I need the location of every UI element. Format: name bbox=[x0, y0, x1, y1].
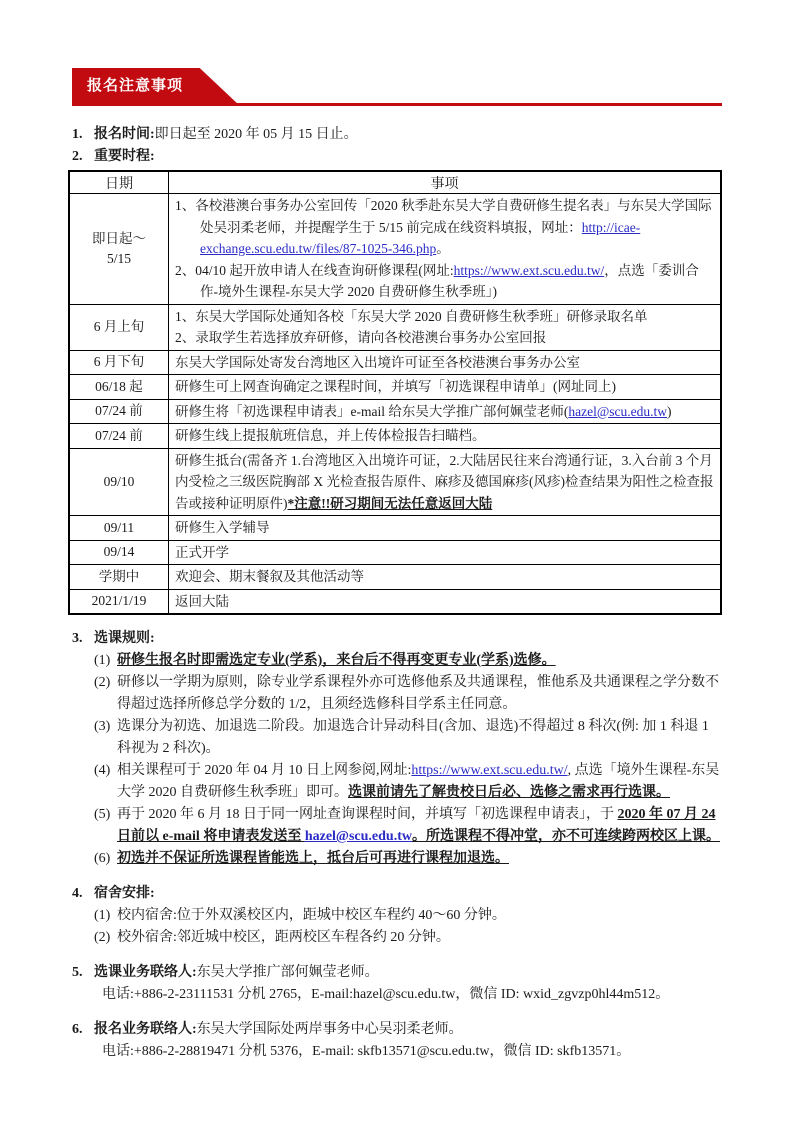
sub-item: (1)校内宿舍:位于外双溪校区内，距城中校区车程约 40～60 分钟。 bbox=[94, 905, 722, 927]
schedule-row: 07/24 前研修生线上提报航班信息，并上传体检报告扫瞄档。 bbox=[69, 424, 721, 449]
text-segment: 正式开学 bbox=[175, 545, 229, 560]
item-label: 宿舍安排: bbox=[94, 886, 155, 901]
text-segment: 选课前请先了解贵校日后必、选修之需求再行选课。 bbox=[348, 785, 670, 800]
column-header-event: 事项 bbox=[169, 171, 722, 194]
schedule-event-line: 研修生将「初选课程申请表」e-mail 给东吴大学推广部何姵莹老师(hazel@… bbox=[175, 401, 714, 423]
dormitory-list: (1)校内宿舍:位于外双溪校区内，距城中校区车程约 40～60 分钟。(2)校外… bbox=[94, 905, 722, 949]
sub-item-text: 研修以一学期为原则，除专业学系课程外亦可选修他系及共通课程，惟他系及共通课程之学… bbox=[117, 672, 722, 716]
text-segment: 研修生将「初选课程申请表」e-mail 给东吴大学推广部何姵莹老师( bbox=[175, 404, 568, 419]
sub-item-number: (1) bbox=[94, 905, 117, 927]
sub-item: (4)相关课程可于 2020 年 04 月 10 日上网参阅,网址:https:… bbox=[94, 760, 722, 804]
contact-detail: 电话:+886-2-23111531 分机 2765，E-mail:hazel@… bbox=[94, 984, 722, 1006]
text-segment: 研修生报名时即需选定专业(学系)，来台后不得再变更专业(学系)选修。 bbox=[117, 653, 556, 668]
schedule-table: 日期 事项 即日起～5/151、各校港澳台事务办公室回传「2020 秋季赴东吴大… bbox=[68, 170, 722, 615]
hyperlink[interactable]: https://www.ext.scu.edu.tw/ bbox=[454, 263, 605, 278]
text-segment: 研修生入学辅导 bbox=[175, 520, 270, 535]
schedule-event-line: 研修生入学辅导 bbox=[175, 517, 714, 539]
item-number: 5. bbox=[72, 962, 94, 1006]
schedule-date: 09/11 bbox=[69, 516, 169, 541]
sub-item-number: (5) bbox=[94, 804, 117, 848]
text-segment: 再于 2020 年 6 月 18 日于同一网址查询课程时间，并填写「初选课程申请… bbox=[117, 807, 618, 822]
schedule-date: 6 月下旬 bbox=[69, 350, 169, 375]
schedule-row: 07/24 前研修生将「初选课程申请表」e-mail 给东吴大学推广部何姵莹老师… bbox=[69, 399, 721, 424]
sub-item-text: 再于 2020 年 6 月 18 日于同一网址查询课程时间，并填写「初选课程申请… bbox=[117, 804, 722, 848]
sub-item-text: 研修生报名时即需选定专业(学系)，来台后不得再变更专业(学系)选修。 bbox=[117, 650, 722, 672]
schedule-event-line: 2、录取学生若选择放弃研修，请向各校港澳台事务办公室回报 bbox=[175, 327, 714, 349]
schedule-row: 6 月上旬1、东吴大学国际处通知各校「东吴大学 2020 自费研修生秋季班」研修… bbox=[69, 304, 721, 350]
sub-item-number: (3) bbox=[94, 716, 117, 760]
schedule-event: 返回大陆 bbox=[169, 589, 722, 614]
text-segment: ) bbox=[667, 404, 672, 419]
item-label: 报名业务联络人: bbox=[94, 1022, 197, 1037]
schedule-date: 06/18 起 bbox=[69, 375, 169, 400]
item-body: 选课规则: bbox=[94, 628, 722, 650]
text-segment: 1、东吴大学国际处通知各校「东吴大学 2020 自费研修生秋季班」研修录取名单 bbox=[175, 309, 648, 324]
list-item-schedule: 2. 重要时程: bbox=[72, 146, 722, 168]
hyperlink[interactable]: hazel@scu.edu.tw bbox=[305, 829, 412, 844]
text-segment: 选课分为初选、加退选二阶段。加退选合计异动科目(含加、退选)不得超过 8 科次(… bbox=[117, 719, 709, 756]
list-item-dormitory: 4. 宿舍安排: bbox=[72, 883, 722, 905]
item-body: 重要时程: bbox=[94, 146, 722, 168]
schedule-row: 09/10研修生抵台(需备齐 1.台湾地区入出境许可证，2.大陆居民往来台湾通行… bbox=[69, 448, 721, 516]
list-item-course-rules: 3. 选课规则: bbox=[72, 628, 722, 650]
sub-item-text: 选课分为初选、加退选二阶段。加退选合计异动科目(含加、退选)不得超过 8 科次(… bbox=[117, 716, 722, 760]
item-body: 报名时间:即日起至 2020 年 05 月 15 日止。 bbox=[94, 124, 722, 146]
schedule-row: 09/11研修生入学辅导 bbox=[69, 516, 721, 541]
text-segment: 2、录取学生若选择放弃研修，请向各校港澳台事务办公室回报 bbox=[175, 330, 546, 345]
sub-item: (1)研修生报名时即需选定专业(学系)，来台后不得再变更专业(学系)选修。 bbox=[94, 650, 722, 672]
document-content: 报名注意事项 1. 报名时间:即日起至 2020 年 05 月 15 日止。 2… bbox=[72, 68, 722, 1063]
sub-item-number: (4) bbox=[94, 760, 117, 804]
schedule-row: 学期中欢迎会、期末餐叙及其他活动等 bbox=[69, 565, 721, 590]
schedule-date: 6 月上旬 bbox=[69, 304, 169, 350]
sub-item-number: (6) bbox=[94, 848, 117, 870]
item-text: 东吴大学国际处两岸事务中心吴羽柔老师。 bbox=[197, 1022, 463, 1037]
sub-item-text: 校内宿舍:位于外双溪校区内，距城中校区车程约 40～60 分钟。 bbox=[117, 905, 722, 927]
schedule-row: 2021/1/19返回大陆 bbox=[69, 589, 721, 614]
schedule-row: 06/18 起研修生可上网查询确定之课程时间，并填写「初选课程申请单」(网址同上… bbox=[69, 375, 721, 400]
schedule-date: 学期中 bbox=[69, 565, 169, 590]
sub-item: (6)初选并不保证所选课程皆能选上，抵台后可再进行课程加退选。 bbox=[94, 848, 722, 870]
schedule-event-line: 研修生线上提报航班信息，并上传体检报告扫瞄档。 bbox=[175, 425, 714, 447]
schedule-event-line: 研修生抵台(需备齐 1.台湾地区入出境许可证，2.大陆居民往来台湾通行证，3.入… bbox=[175, 450, 714, 515]
item-body: (1)校内宿舍:位于外双溪校区内，距城中校区车程约 40～60 分钟。(2)校外… bbox=[94, 905, 722, 949]
schedule-event-line: 欢迎会、期末餐叙及其他活动等 bbox=[175, 566, 714, 588]
item-number: 4. bbox=[72, 883, 94, 905]
text-segment: 校内宿舍:位于外双溪校区内，距城中校区车程约 40～60 分钟。 bbox=[117, 908, 506, 923]
item-label: 选课规则: bbox=[94, 631, 155, 646]
schedule-header-row: 日期 事项 bbox=[69, 171, 721, 194]
schedule-event: 研修生将「初选课程申请表」e-mail 给东吴大学推广部何姵莹老师(hazel@… bbox=[169, 399, 722, 424]
text-segment: 校外宿舍:邻近城中校区，距两校区车程各约 20 分钟。 bbox=[117, 930, 450, 945]
item-label: 报名时间: bbox=[94, 127, 155, 142]
schedule-event-line: 研修生可上网查询确定之课程时间，并填写「初选课程申请单」(网址同上) bbox=[175, 376, 714, 398]
sub-item: (2)研修以一学期为原则，除专业学系课程外亦可选修他系及共通课程，惟他系及共通课… bbox=[94, 672, 722, 716]
item-body: 选课业务联络人:东吴大学推广部何姵莹老师。 电话:+886-2-23111531… bbox=[94, 962, 722, 1006]
schedule-event-line: 返回大陆 bbox=[175, 591, 714, 613]
text-segment: 2、04/10 起开放申请人在线查询研修课程(网址: bbox=[175, 263, 454, 278]
schedule-event-line: 1、东吴大学国际处通知各校「东吴大学 2020 自费研修生秋季班」研修录取名单 bbox=[175, 306, 714, 328]
course-rules-list: (1)研修生报名时即需选定专业(学系)，来台后不得再变更专业(学系)选修。(2)… bbox=[94, 650, 722, 870]
text-segment: 研修生可上网查询确定之课程时间，并填写「初选课程申请单」(网址同上) bbox=[175, 379, 616, 394]
hyperlink[interactable]: https://www.ext.scu.edu.tw/ bbox=[411, 763, 567, 778]
schedule-event: 研修生入学辅导 bbox=[169, 516, 722, 541]
schedule-row: 6 月下旬东吴大学国际处寄发台湾地区入出境许可证至各校港澳台事务办公室 bbox=[69, 350, 721, 375]
sub-item-number: (2) bbox=[94, 672, 117, 716]
text-segment: 。 bbox=[436, 241, 450, 256]
sub-item-text: 相关课程可于 2020 年 04 月 10 日上网参阅,网址:https://w… bbox=[117, 760, 722, 804]
item-body: 宿舍安排: bbox=[94, 883, 722, 905]
schedule-row: 09/14正式开学 bbox=[69, 540, 721, 565]
item-label: 选课业务联络人: bbox=[94, 965, 197, 980]
text-segment: 相关课程可于 2020 年 04 月 10 日上网参阅,网址: bbox=[117, 763, 411, 778]
sub-item: (3)选课分为初选、加退选二阶段。加退选合计异动科目(含加、退选)不得超过 8 … bbox=[94, 716, 722, 760]
schedule-date: 即日起～5/15 bbox=[69, 194, 169, 305]
list-item-registration-time: 1. 报名时间:即日起至 2020 年 05 月 15 日止。 bbox=[72, 124, 722, 146]
text-segment: 东吴大学国际处寄发台湾地区入出境许可证至各校港澳台事务办公室 bbox=[175, 355, 580, 370]
text-segment: 欢迎会、期末餐叙及其他活动等 bbox=[175, 569, 364, 584]
schedule-date: 07/24 前 bbox=[69, 424, 169, 449]
item-number: 6. bbox=[72, 1019, 94, 1063]
text-segment: 初选并不保证所选课程皆能选上，抵台后可再进行课程加退选。 bbox=[117, 851, 509, 866]
spacer bbox=[72, 650, 94, 870]
text-segment: 研修生线上提报航班信息，并上传体检报告扫瞄档。 bbox=[175, 428, 486, 443]
sub-item-number: (2) bbox=[94, 927, 117, 949]
schedule-event: 欢迎会、期末餐叙及其他活动等 bbox=[169, 565, 722, 590]
item-body: 报名业务联络人:东吴大学国际处两岸事务中心吴羽柔老师。 电话:+886-2-28… bbox=[94, 1019, 722, 1063]
document-page: 报名注意事项 1. 报名时间:即日起至 2020 年 05 月 15 日止。 2… bbox=[0, 0, 794, 1123]
schedule-event-line: 东吴大学国际处寄发台湾地区入出境许可证至各校港澳台事务办公室 bbox=[175, 352, 714, 374]
schedule-event: 正式开学 bbox=[169, 540, 722, 565]
schedule-event: 研修生可上网查询确定之课程时间，并填写「初选课程申请单」(网址同上) bbox=[169, 375, 722, 400]
sub-item-number: (1) bbox=[94, 650, 117, 672]
list-item-registration-contact: 6. 报名业务联络人:东吴大学国际处两岸事务中心吴羽柔老师。 电话:+886-2… bbox=[72, 1019, 722, 1063]
schedule-event: 东吴大学国际处寄发台湾地区入出境许可证至各校港澳台事务办公室 bbox=[169, 350, 722, 375]
text-segment: 研修以一学期为原则，除专业学系课程外亦可选修他系及共通课程，惟他系及共通课程之学… bbox=[117, 675, 719, 712]
item-body: (1)研修生报名时即需选定专业(学系)，来台后不得再变更专业(学系)选修。(2)… bbox=[94, 650, 722, 870]
text-segment: *注意!!研习期间无法任意返回大陆 bbox=[288, 496, 493, 511]
schedule-date: 09/10 bbox=[69, 448, 169, 516]
schedule-event: 研修生线上提报航班信息，并上传体检报告扫瞄档。 bbox=[169, 424, 722, 449]
dorm-wrapper: (1)校内宿舍:位于外双溪校区内，距城中校区车程约 40～60 分钟。(2)校外… bbox=[72, 905, 722, 949]
schedule-row: 即日起～5/151、各校港澳台事务办公室回传「2020 秋季赴东吴大学自费研修生… bbox=[69, 194, 721, 305]
schedule-event-line: 1、各校港澳台事务办公室回传「2020 秋季赴东吴大学自费研修生提名表」与东吴大… bbox=[175, 195, 714, 260]
contact-detail: 电话:+886-2-28819471 分机 5376，E-mail: skfb1… bbox=[94, 1041, 722, 1063]
schedule-event: 1、各校港澳台事务办公室回传「2020 秋季赴东吴大学自费研修生提名表」与东吴大… bbox=[169, 194, 722, 305]
header-banner: 报名注意事项 bbox=[72, 68, 722, 108]
schedule-event-line: 正式开学 bbox=[175, 542, 714, 564]
column-header-date: 日期 bbox=[69, 171, 169, 194]
item-label: 重要时程: bbox=[94, 149, 155, 164]
sub-item: (5)再于 2020 年 6 月 18 日于同一网址查询课程时间，并填写「初选课… bbox=[94, 804, 722, 848]
schedule-event: 1、东吴大学国际处通知各校「东吴大学 2020 自费研修生秋季班」研修录取名单2… bbox=[169, 304, 722, 350]
schedule-event: 研修生抵台(需备齐 1.台湾地区入出境许可证，2.大陆居民往来台湾通行证，3.入… bbox=[169, 448, 722, 516]
sub-item-text: 校外宿舍:邻近城中校区，距两校区车程各约 20 分钟。 bbox=[117, 927, 722, 949]
sub-item: (2)校外宿舍:邻近城中校区，距两校区车程各约 20 分钟。 bbox=[94, 927, 722, 949]
schedule-event-line: 2、04/10 起开放申请人在线查询研修课程(网址:https://www.ex… bbox=[175, 260, 714, 303]
rules-wrapper: (1)研修生报名时即需选定专业(学系)，来台后不得再变更专业(学系)选修。(2)… bbox=[72, 650, 722, 870]
hyperlink[interactable]: hazel@scu.edu.tw bbox=[568, 404, 667, 419]
banner-ribbon: 报名注意事项 bbox=[72, 68, 240, 106]
page-title: 报名注意事项 bbox=[87, 78, 183, 94]
item-text: 东吴大学推广部何姵莹老师。 bbox=[197, 965, 379, 980]
schedule-date: 07/24 前 bbox=[69, 399, 169, 424]
sub-item-text: 初选并不保证所选课程皆能选上，抵台后可再进行课程加退选。 bbox=[117, 848, 722, 870]
item-number: 3. bbox=[72, 628, 94, 650]
text-segment: 返回大陆 bbox=[175, 594, 229, 609]
list-item-course-contact: 5. 选课业务联络人:东吴大学推广部何姵莹老师。 电话:+886-2-23111… bbox=[72, 962, 722, 1006]
text-segment: 。所选课程不得冲堂，亦不可连续跨两校区上课。 bbox=[412, 829, 720, 844]
schedule-date: 2021/1/19 bbox=[69, 589, 169, 614]
item-number: 2. bbox=[72, 146, 94, 168]
item-number: 1. bbox=[72, 124, 94, 146]
spacer bbox=[72, 905, 94, 949]
item-text: 即日起至 2020 年 05 月 15 日止。 bbox=[155, 127, 358, 142]
schedule-date: 09/14 bbox=[69, 540, 169, 565]
